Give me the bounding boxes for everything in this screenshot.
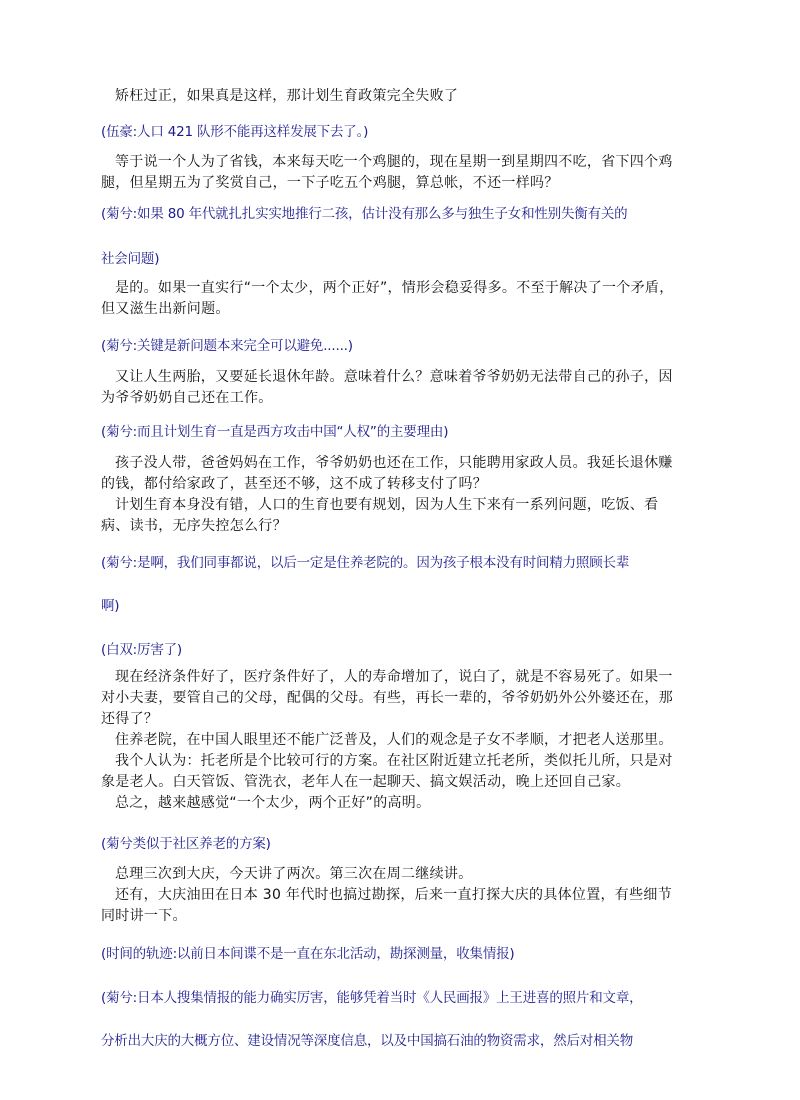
reader-comment-continuation: 社会问题): [101, 251, 686, 267]
paragraph: 是的。如果一直实行“一个太少，两个正好”，情形会稳妥得多。不至于解决了一个矛盾，…: [101, 278, 686, 320]
paragraph: 还有，大庆油田在日本 30 年代时也搞过勘探，后来一直打探大庆的具体位置，有些细…: [101, 885, 686, 927]
comment-line: 啊): [101, 598, 686, 614]
paragraph: 又让人生两胎，又要延长退休年龄。意味着什么？意味着爷爷奶奶无法带自己的孙子，因为…: [101, 367, 686, 409]
paragraph: 计划生育本身没有错，人口的生育也要有规划，因为人生下来有一系列问题，吃饭、看病、…: [101, 495, 686, 537]
reader-comment: (白双:厉害了): [101, 642, 686, 658]
reader-comment: (菊兮类似于社区养老的方案): [101, 836, 686, 852]
comment-line: (菊兮:关键是新问题本来完全可以避免......): [101, 338, 686, 354]
reader-comment-continuation: 啊): [101, 598, 686, 614]
body-block: 总理三次到大庆，今天讲了两次。第三次在周二继续讲。 还有，大庆油田在日本 30 …: [101, 864, 686, 927]
body-block: 又让人生两胎，又要延长退休年龄。意味着什么？意味着爷爷奶奶无法带自己的孙子，因为…: [101, 367, 686, 409]
paragraph: 总理三次到大庆，今天讲了两次。第三次在周二继续讲。: [101, 864, 686, 885]
comment-line: (时间的轨迹:以前日本间谍不是一直在东北活动，勘探测量，收集情报): [101, 946, 686, 962]
reader-comment: (菊兮:关键是新问题本来完全可以避免......): [101, 338, 686, 354]
reader-comment: (时间的轨迹:以前日本间谍不是一直在东北活动，勘探测量，收集情报): [101, 946, 686, 962]
document-page: 矫枉过正，如果真是这样，那计划生育政策完全失败了 (伍豪:人口 421 队形不能…: [0, 0, 800, 1100]
comment-line: (菊兮:如果 80 年代就扎扎实实地推行二孩，估计没有那么多与独生子女和性别失衡…: [101, 206, 686, 222]
reader-comment: (菊兮:日本人搜集情报的能力确实厉害，能够凭着当时《人民画报》上王进喜的照片和文…: [101, 990, 686, 1006]
paragraph: 住养老院，在中国人眼里还不能广泛普及，人们的观念是子女不孝顺，才把老人送那里。: [101, 730, 686, 751]
body-block: 是的。如果一直实行“一个太少，两个正好”，情形会稳妥得多。不至于解决了一个矛盾，…: [101, 278, 686, 320]
reader-comment-continuation: 分析出大庆的大概方位、建设情况等深度信息，以及中国搞石油的物资需求，然后对相关物: [101, 1033, 686, 1049]
body-block: 等于说一个人为了省钱，本来每天吃一个鸡腿的，现在星期一到星期四不吃，省下四个鸡腿…: [101, 152, 686, 194]
paragraph: 孩子没人带，爸爸妈妈在工作，爷爷奶奶也还在工作，只能聘用家政人员。我延长退休赚的…: [101, 453, 686, 495]
comment-line: 社会问题): [101, 251, 686, 267]
reader-comment: (伍豪:人口 421 队形不能再这样发展下去了。): [101, 124, 686, 140]
paragraph: 我个人认为：托老所是个比较可行的方案。在社区附近建立托老所，类似托儿所，只是对象…: [101, 751, 686, 793]
reader-comment: (菊兮:是啊，我们同事都说，以后一定是住养老院的。因为孩子根本没有时间精力照顾长…: [101, 555, 686, 571]
body-block: 现在经济条件好了，医疗条件好了，人的寿命增加了，说白了，就是不容易死了。如果一对…: [101, 667, 686, 814]
reader-comment: (菊兮:而且计划生育一直是西方攻击中国“人权”的主要理由): [101, 424, 686, 440]
comment-line: (白双:厉害了): [101, 642, 686, 658]
comment-line: (菊兮类似于社区养老的方案): [101, 836, 686, 852]
comment-line: (菊兮:日本人搜集情报的能力确实厉害，能够凭着当时《人民画报》上王进喜的照片和文…: [101, 990, 686, 1006]
paragraph: 矫枉过正，如果真是这样，那计划生育政策完全失败了: [101, 86, 686, 107]
paragraph: 等于说一个人为了省钱，本来每天吃一个鸡腿的，现在星期一到星期四不吃，省下四个鸡腿…: [101, 152, 686, 194]
comment-line: 分析出大庆的大概方位、建设情况等深度信息，以及中国搞石油的物资需求，然后对相关物: [101, 1033, 686, 1049]
body-block: 孩子没人带，爸爸妈妈在工作，爷爷奶奶也还在工作，只能聘用家政人员。我延长退休赚的…: [101, 453, 686, 537]
body-block: 矫枉过正，如果真是这样，那计划生育政策完全失败了: [101, 86, 686, 107]
paragraph: 现在经济条件好了，医疗条件好了，人的寿命增加了，说白了，就是不容易死了。如果一对…: [101, 667, 686, 730]
paragraph: 总之，越来越感觉“一个太少，两个正好”的高明。: [101, 793, 686, 814]
reader-comment: (菊兮:如果 80 年代就扎扎实实地推行二孩，估计没有那么多与独生子女和性别失衡…: [101, 206, 686, 222]
comment-line: (伍豪:人口 421 队形不能再这样发展下去了。): [101, 124, 686, 140]
comment-line: (菊兮:是啊，我们同事都说，以后一定是住养老院的。因为孩子根本没有时间精力照顾长…: [101, 555, 686, 571]
comment-line: (菊兮:而且计划生育一直是西方攻击中国“人权”的主要理由): [101, 424, 686, 440]
